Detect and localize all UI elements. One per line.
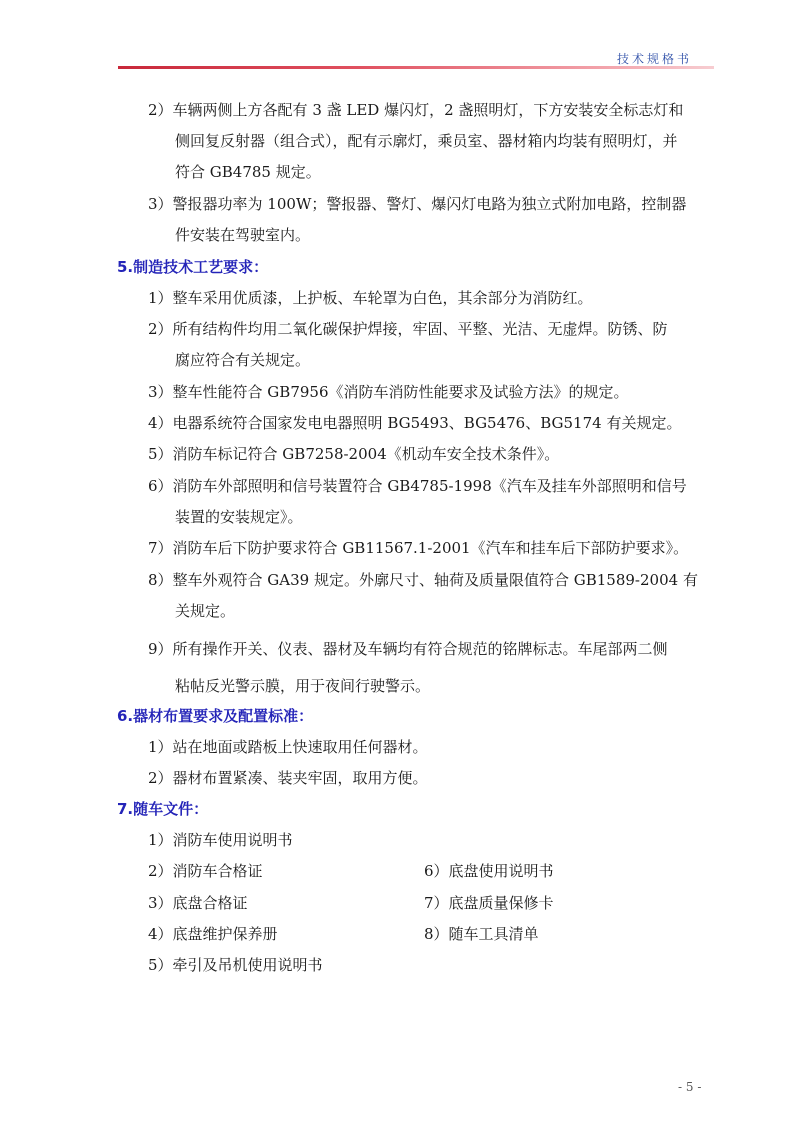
list-item: 2）所有结构件均用二氧化碳保护焊接，牢固、平整、光洁、无虚焊。防锈、防 (148, 314, 668, 345)
document-list-item: 6）底盘使用说明书 (424, 856, 554, 887)
document-list-item: 7）底盘质量保修卡 (424, 888, 554, 919)
section-heading-manufacturing: 5.制造技术工艺要求： (117, 252, 268, 283)
document-list-item: 5）牵引及吊机使用说明书 (148, 950, 323, 981)
list-item: 2）车辆两侧上方各配有 3 盏 LED 爆闪灯，2 盏照明灯，下方安装安全标志灯… (148, 95, 683, 126)
document-title: 技术规格书 (617, 50, 692, 67)
document-list-item: 2）消防车合格证 (148, 856, 263, 887)
document-list-item: 4）底盘维护保养册 (148, 919, 278, 950)
list-item: 3）整车性能符合 GB7956《消防车消防性能要求及试验方法》的规定。 (148, 377, 629, 408)
page-number: - 5 - (678, 1080, 701, 1094)
list-item: 6）消防车外部照明和信号装置符合 GB4785-1998《汽车及挂车外部照明和信… (148, 471, 687, 502)
list-item: 1）整车采用优质漆，上护板、车轮罩为白色，其余部分为消防红。 (148, 283, 593, 314)
list-item: 5）消防车标记符合 GB7258-2004《机动车安全技术条件》。 (148, 439, 559, 470)
list-item: 4）电器系统符合国家发电电器照明 BG5493、BG5476、BG5174 有关… (148, 408, 681, 439)
document-list-item: 3）底盘合格证 (148, 888, 248, 919)
list-item-continuation: 符合 GB4785 规定。 (175, 157, 321, 188)
list-item: 7）消防车后下防护要求符合 GB11567.1-2001《汽车和挂车后下部防护要… (148, 533, 688, 564)
section-heading-equipment-layout: 6.器材布置要求及配置标准： (117, 701, 313, 732)
list-item-continuation: 腐应符合有关规定。 (175, 345, 310, 376)
list-item-continuation: 件安装在驾驶室内。 (175, 220, 310, 251)
list-item-continuation: 粘帖反光警示膜，用于夜间行驶警示。 (175, 671, 430, 702)
list-item: 2）器材布置紧凑、装夹牢固，取用方便。 (148, 763, 428, 794)
list-item-continuation: 侧回复反射器（组合式），配有示廓灯，乘员室、器材箱内均装有照明灯，并 (175, 126, 678, 157)
section-heading-documents: 7.随车文件： (117, 794, 208, 825)
list-item-continuation: 装置的安装规定》。 (175, 502, 303, 533)
list-item: 1）站在地面或踏板上快速取用任何器材。 (148, 732, 428, 763)
list-item: 8）整车外观符合 GA39 规定。外廓尺寸、轴荷及质量限值符合 GB1589-2… (148, 565, 698, 596)
list-item-continuation: 关规定。 (175, 596, 235, 627)
list-item: 3）警报器功率为 100W；警报器、警灯、爆闪灯电路为独立式附加电路，控制器 (148, 189, 686, 220)
document-list-item: 8）随车工具清单 (424, 919, 539, 950)
list-item: 9）所有操作开关、仪表、器材及车辆均有符合规范的铭牌标志。车尾部两二侧 (148, 634, 668, 665)
header-divider (118, 66, 714, 69)
document-list-item: 1）消防车使用说明书 (148, 825, 293, 856)
